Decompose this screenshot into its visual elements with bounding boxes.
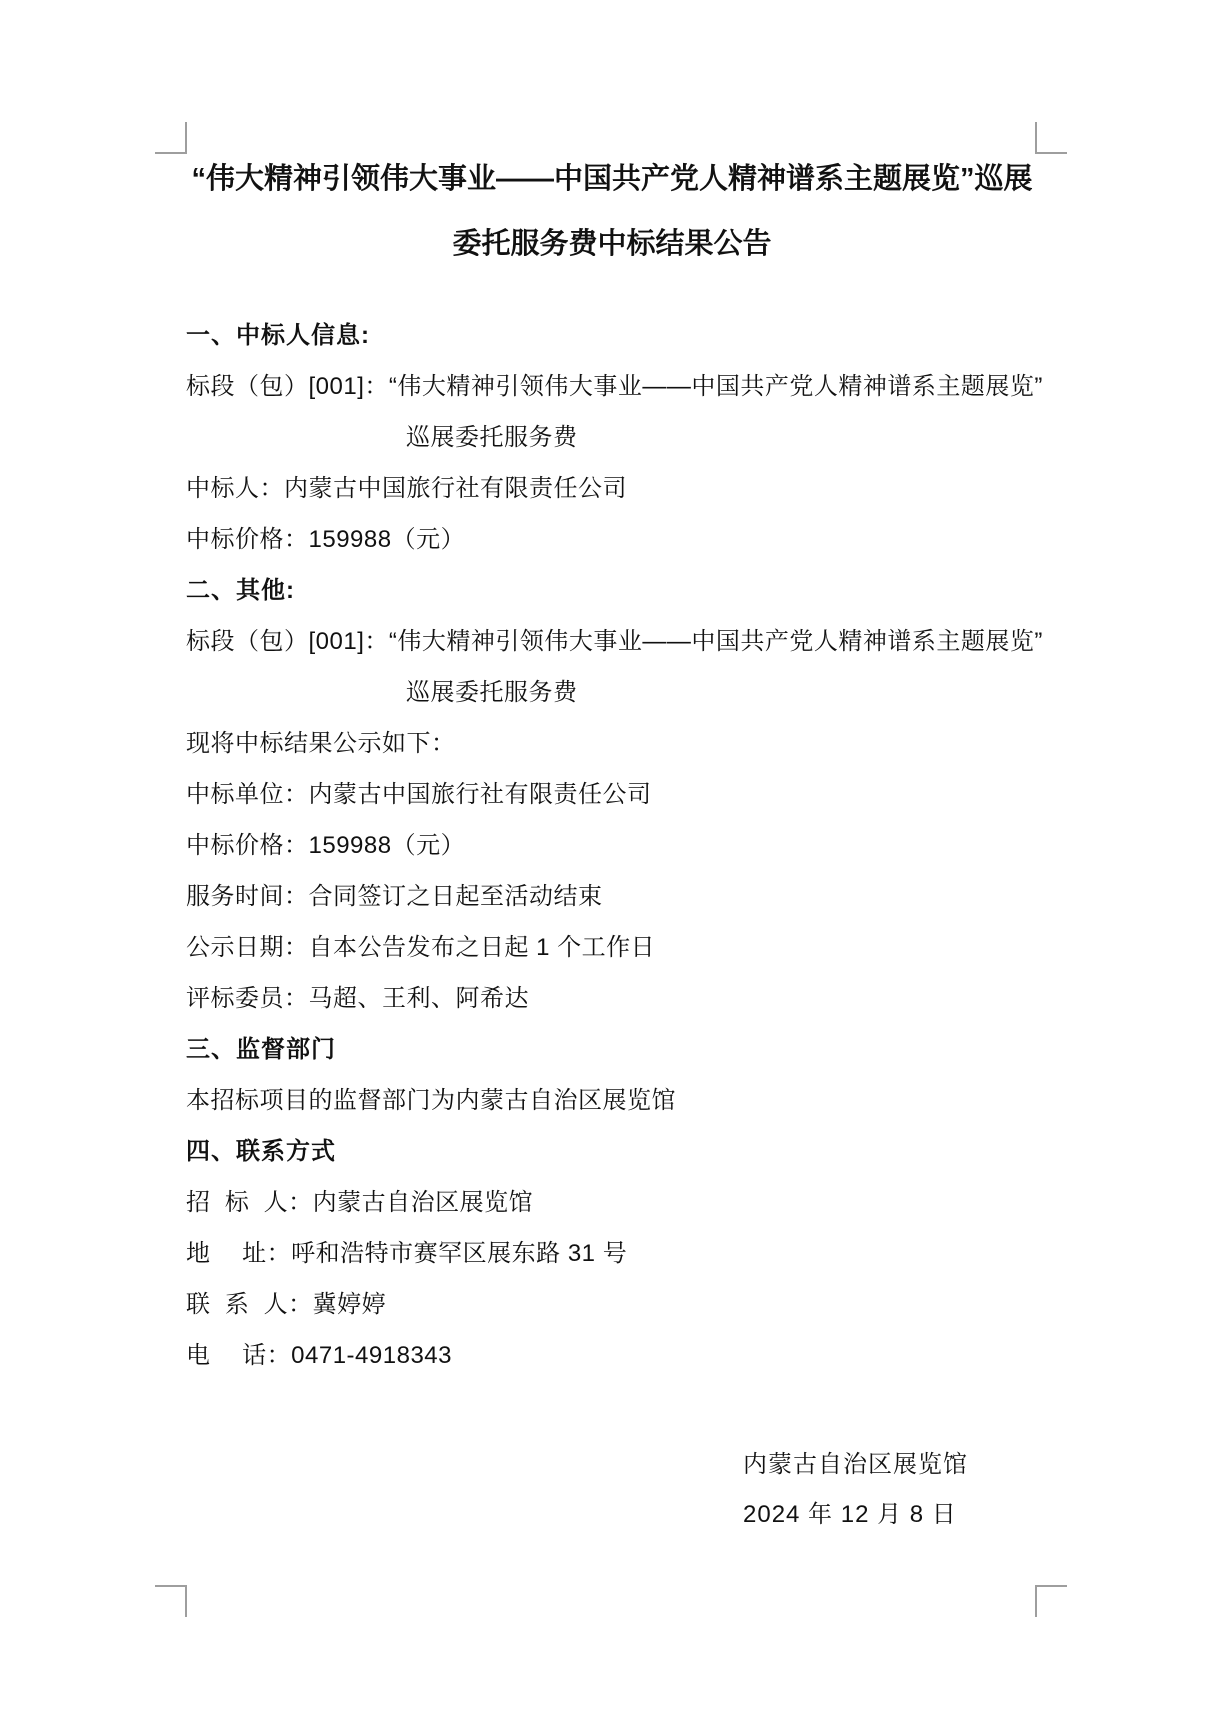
title-line-1: “伟大精神引领伟大事业——中国共产党人精神谱系主题展览”巡展 <box>178 147 1046 212</box>
tenderer: 招 标 人：内蒙古自治区展览馆 <box>186 1177 1146 1228</box>
lot-package-line-1: 标段（包）[001]：“伟大精神引领伟大事业——中国共产党人精神谱系主题展览” <box>186 361 1146 412</box>
address: 地 址：呼和浩特市赛罕区展东路 31 号 <box>186 1228 1146 1279</box>
lot-package-line-2: 标段（包）[001]：“伟大精神引领伟大事业——中国共产党人精神谱系主题展览” <box>186 616 1146 667</box>
signature-date: 2024 年 12 月 8 日 <box>743 1490 968 1540</box>
contact-person: 联 系 人：冀婷婷 <box>186 1279 1146 1330</box>
supervision-statement: 本招标项目的监督部门为内蒙古自治区展览馆 <box>186 1075 1146 1126</box>
signature-block: 内蒙古自治区展览馆 2024 年 12 月 8 日 <box>743 1440 968 1540</box>
service-period: 服务时间：合同签订之日起至活动结束 <box>186 871 1146 922</box>
result-intro: 现将中标结果公示如下： <box>186 718 1146 769</box>
heading-supervision: 三、监督部门 <box>186 1024 1146 1075</box>
winning-unit: 中标单位：内蒙古中国旅行社有限责任公司 <box>186 769 1146 820</box>
phone: 电 话：0471-4918343 <box>186 1330 1146 1381</box>
document-title: “伟大精神引领伟大事业——中国共产党人精神谱系主题展览”巡展 委托服务费中标结果… <box>178 147 1046 277</box>
heading-winner-info: 一、中标人信息: <box>186 310 1146 361</box>
heading-other: 二、其他: <box>186 565 1146 616</box>
evaluation-committee: 评标委员：马超、王利、阿希达 <box>186 973 1146 1024</box>
title-line-2: 委托服务费中标结果公告 <box>178 212 1046 277</box>
lot-package-continuation-1: 巡展委托服务费 <box>186 412 1146 463</box>
winning-price: 中标价格：159988（元） <box>186 820 1146 871</box>
document-page: “伟大精神引领伟大事业——中国共产党人精神谱系主题展览”巡展 委托服务费中标结果… <box>0 0 1220 1724</box>
winner-price: 中标价格：159988（元） <box>186 514 1146 565</box>
lot-package-continuation-2: 巡展委托服务费 <box>186 667 1146 718</box>
publicity-period: 公示日期：自本公告发布之日起 1 个工作日 <box>186 922 1146 973</box>
winner-name: 中标人：内蒙古中国旅行社有限责任公司 <box>186 463 1146 514</box>
signature-org: 内蒙古自治区展览馆 <box>743 1440 968 1490</box>
crop-mark-bottom-right <box>1035 1585 1067 1617</box>
document-body: 一、中标人信息:标段（包）[001]：“伟大精神引领伟大事业——中国共产党人精神… <box>186 310 1146 1381</box>
crop-mark-bottom-left <box>155 1585 187 1617</box>
heading-contact: 四、联系方式 <box>186 1126 1146 1177</box>
